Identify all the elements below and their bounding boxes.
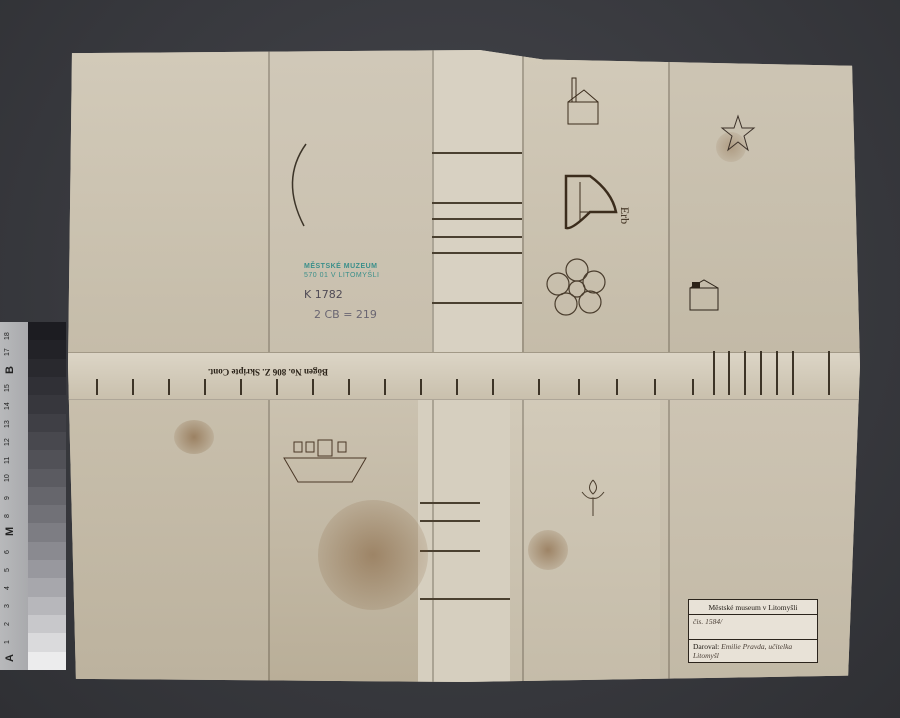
color-scale-ruler: A 1 2 3 4 5 6 M 8 9 10 11 12 13 14 15 B …	[0, 322, 28, 670]
panel-bottom-left	[68, 398, 268, 682]
museum-label-header: Městské museum v Litomyšli	[689, 600, 817, 615]
ruler-letter-b: B	[4, 366, 16, 374]
museum-stamp: MĚSTSKÉ MUZEUM 570 01 V LITOMYŠLI	[304, 262, 379, 280]
coat-of-arms-caption: Erb	[617, 207, 632, 224]
fleur-de-lis-sketch	[578, 478, 608, 518]
stain	[174, 420, 214, 454]
ruler-letter-a: A	[4, 654, 16, 662]
museum-catalog-label: Městské museum v Litomyšli čis. 1584/ Da…	[688, 599, 818, 663]
stain	[318, 500, 428, 610]
document-sheet: Bögen No. 806 Z. Skripte Cont. MĚSTSKÉ M…	[68, 50, 860, 682]
pencil-catalog-number: K 1782	[304, 288, 343, 301]
coat-of-arms-shield-icon	[562, 172, 622, 232]
flower-rosette-sketch	[544, 256, 610, 322]
printed-fold-band: Bögen No. 806 Z. Skripte Cont.	[68, 352, 860, 400]
star-sketch	[718, 114, 758, 154]
museum-label-inventory-number: čis. 1584/	[689, 615, 817, 628]
arc-sketch	[278, 140, 318, 230]
stain	[528, 530, 568, 570]
grey-scale-patches	[28, 322, 66, 670]
ruler-letter-m: M	[4, 527, 16, 536]
panel-ledger-strip-top	[432, 50, 522, 352]
printed-fold-text: Bögen No. 806 Z. Skripte Cont.	[208, 367, 328, 377]
church-sketch	[564, 72, 604, 128]
panel-top-left	[68, 50, 268, 352]
house-sketch	[688, 278, 722, 312]
museum-label-donor: Daroval: Emilie Pravda, učitelka Litomyš…	[689, 639, 817, 662]
boat-sketch	[280, 438, 370, 498]
pencil-signature: 2 CB = 219	[314, 308, 377, 321]
